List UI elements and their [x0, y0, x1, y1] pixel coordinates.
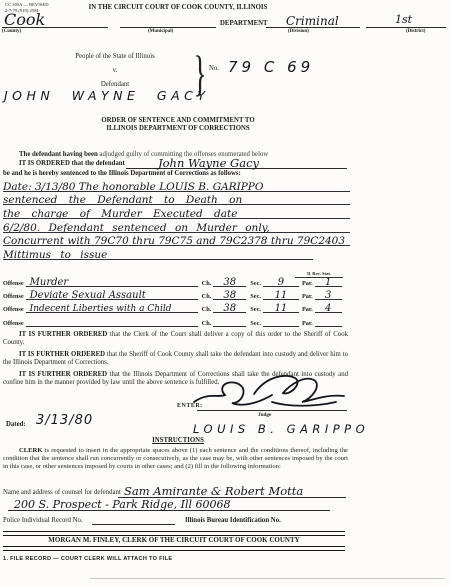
clerk-banner: MORGAN M. FINLEY, CLERK OF THE CIRCUIT C…	[3, 536, 345, 544]
file-record-note: 1. FILE RECORD — COURT CLERK WILL ATTACH…	[3, 556, 172, 562]
banner-rule-bottom	[3, 546, 345, 551]
document-page: CC 305A — REVISED 2-7-79 (919) 25M IN TH…	[0, 0, 450, 586]
scan-edge-line	[90, 578, 445, 579]
footer-layer: MORGAN M. FINLEY, CLERK OF THE CIRCUIT C…	[0, 0, 450, 586]
